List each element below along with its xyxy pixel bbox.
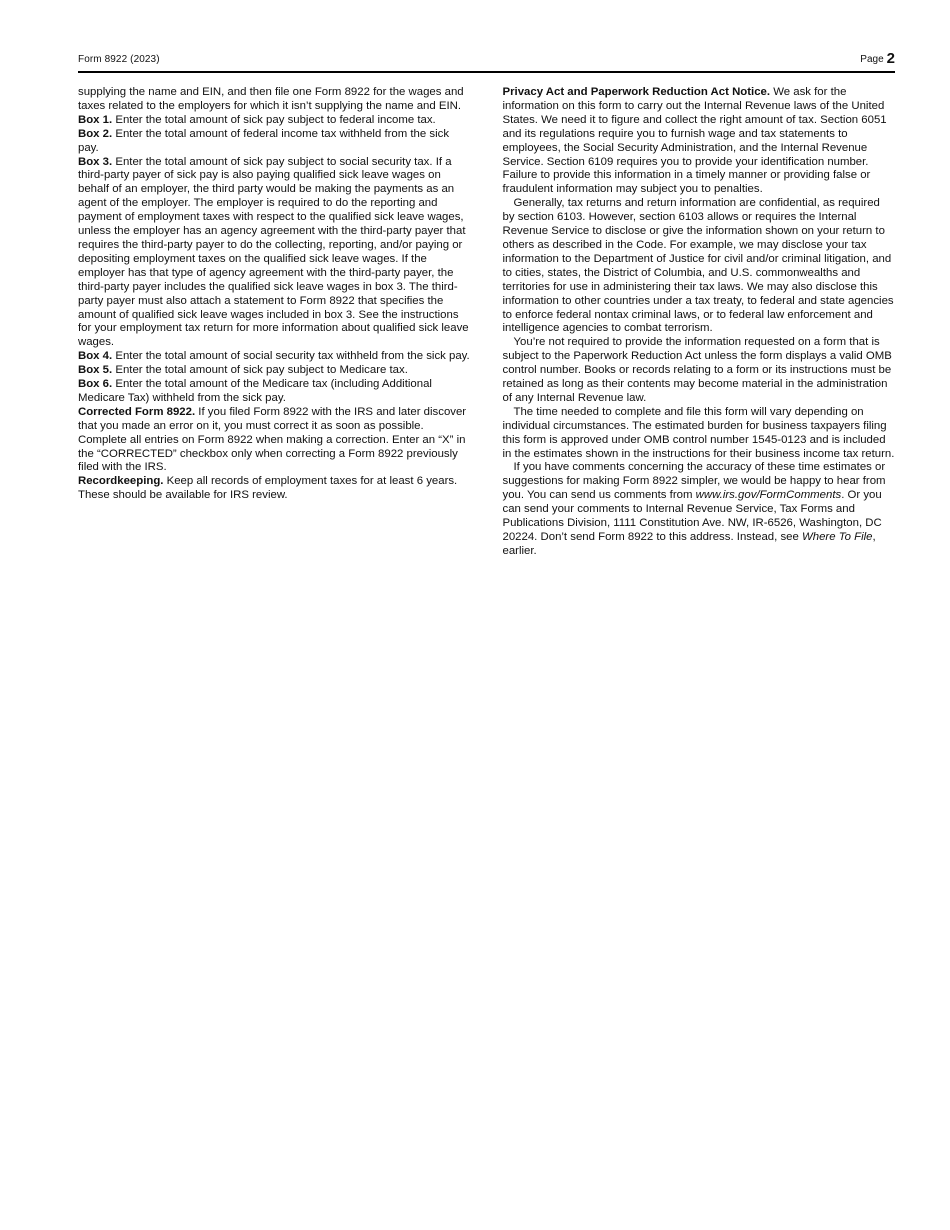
text-run: Enter the total amount of sick pay subje… <box>112 364 408 376</box>
paragraph-lead: Box 4. <box>78 350 112 362</box>
paragraph: Box 1. Enter the total amount of sick pa… <box>78 114 471 128</box>
paragraph: Generally, tax returns and return inform… <box>503 197 896 336</box>
paragraph: If you have comments concerning the accu… <box>503 461 896 558</box>
paragraph: Box 2. Enter the total amount of federal… <box>78 128 471 156</box>
page-number: 2 <box>887 52 895 65</box>
text-run: Enter the total amount of sick pay subje… <box>78 156 469 349</box>
body-columns: supplying the name and EIN, and then fil… <box>78 86 895 559</box>
paragraph-lead: Recordkeeping. <box>78 475 163 487</box>
paragraph: Box 5. Enter the total amount of sick pa… <box>78 364 471 378</box>
paragraph-lead: Corrected Form 8922. <box>78 406 195 418</box>
text-run: Enter the total amount of the Medicare t… <box>78 378 432 404</box>
text-run: Generally, tax returns and return inform… <box>503 197 894 334</box>
paragraph: Box 6. Enter the total amount of the Med… <box>78 378 471 406</box>
text-run: We ask for the information on this form … <box>503 86 887 195</box>
paragraph: supplying the name and EIN, and then fil… <box>78 86 471 114</box>
text-run: Enter the total amount of federal income… <box>78 128 449 154</box>
paragraph-lead: Box 2. <box>78 128 112 140</box>
paragraph-lead: Box 3. <box>78 156 112 168</box>
paragraph: Box 3. Enter the total amount of sick pa… <box>78 156 471 351</box>
text-run: You’re not required to provide the infor… <box>503 336 892 404</box>
paragraph-lead: Privacy Act and Paperwork Reduction Act … <box>503 86 771 98</box>
text-run: supplying the name and EIN, and then fil… <box>78 86 464 112</box>
paragraph: Privacy Act and Paperwork Reduction Act … <box>503 86 896 197</box>
paragraph: Box 4. Enter the total amount of social … <box>78 350 471 364</box>
paragraph: Corrected Form 8922. If you filed Form 8… <box>78 406 471 476</box>
left-column: supplying the name and EIN, and then fil… <box>78 86 471 559</box>
italic-text: www.irs.gov/FormComments <box>696 489 842 501</box>
paragraph-lead: Box 6. <box>78 378 112 390</box>
document-page: Form 8922 (2023) Page 2 supplying the na… <box>0 0 950 1230</box>
page-header: Form 8922 (2023) Page 2 <box>78 52 895 65</box>
page-label: Page <box>860 54 883 65</box>
text-run: Enter the total amount of sick pay subje… <box>112 114 436 126</box>
paragraph-lead: Box 1. <box>78 114 112 126</box>
paragraph: The time needed to complete and file thi… <box>503 406 896 462</box>
right-column: Privacy Act and Paperwork Reduction Act … <box>503 86 896 559</box>
italic-text: Where To File <box>802 531 872 543</box>
text-run: Enter the total amount of social securit… <box>112 350 470 362</box>
form-id: Form 8922 (2023) <box>78 54 160 65</box>
page-indicator: Page 2 <box>860 52 895 65</box>
paragraph: You’re not required to provide the infor… <box>503 336 896 406</box>
paragraph-lead: Box 5. <box>78 364 112 376</box>
text-run: The time needed to complete and file thi… <box>503 406 895 460</box>
paragraph: Recordkeeping. Keep all records of emplo… <box>78 475 471 503</box>
header-rule <box>78 71 895 73</box>
